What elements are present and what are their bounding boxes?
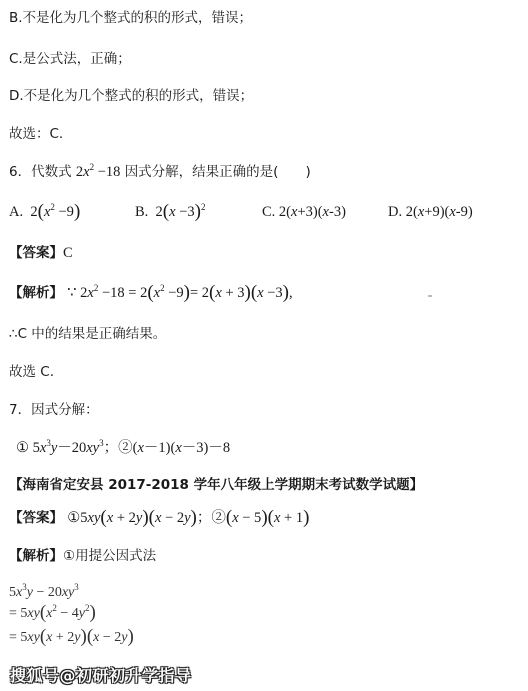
conclusion-text: 故选：C. bbox=[9, 126, 63, 142]
stray-mark bbox=[428, 295, 432, 297]
option-b: B. 2(x −3)2 bbox=[135, 202, 205, 222]
question-number: 7． bbox=[9, 402, 31, 418]
analysis-line-b: B.不是化为几个整式的积的形式，错误； bbox=[9, 8, 252, 28]
analysis-tag: 【解析】 bbox=[9, 285, 63, 301]
prev-conclusion: 故选：C. bbox=[9, 124, 63, 144]
option-c: C. 2(x+3)(x-3) bbox=[262, 202, 346, 222]
analysis-6: 【解析】 ∵ 2x2 −18 = 2(x2 −9)= 2(x + 3)(x −3… bbox=[9, 283, 293, 303]
analysis-text: B.不是化为几个整式的积的形式，错误； bbox=[9, 10, 252, 26]
stem-prefix: 代数式 bbox=[31, 164, 72, 180]
answer-expression: ①5xy(x + 2y)(x − 2y)；②(x − 5)(x + 1) bbox=[67, 510, 309, 526]
answer-value: C bbox=[63, 245, 73, 261]
therefore-text: ∴C 中的结果是正确结果。 bbox=[9, 326, 166, 342]
option-expression: 2(x+3)(x-3) bbox=[279, 204, 346, 220]
option-label: C. bbox=[262, 204, 275, 220]
question-6-stem: 6．代数式 2x2 −18 因式分解，结果正确的是( ) bbox=[9, 162, 311, 182]
analysis-tag: 【解析】 bbox=[9, 548, 63, 564]
question-7-source: 【海南省定安县 2017-2018 学年八年级上学期期末考试数学试题】 bbox=[9, 475, 423, 495]
answer-tag: 【答案】 bbox=[9, 510, 63, 526]
option-expression: 2(x+9)(x-9) bbox=[406, 204, 473, 220]
analysis-expression: ∵ 2x2 −18 = 2(x2 −9)= 2(x + 3)(x −3), bbox=[67, 285, 292, 301]
question-number: 6． bbox=[9, 164, 31, 180]
analysis-line-d: D.不是化为几个整式的积的形式，错误； bbox=[9, 86, 253, 106]
stem-expression: 2x2 −18 bbox=[76, 164, 121, 180]
source-text: 【海南省定安县 2017-2018 学年八年级上学期期末考试数学试题】 bbox=[9, 477, 423, 493]
answer-6: 【答案】C bbox=[9, 243, 73, 263]
analysis-line-c: C.是公式法，正确； bbox=[9, 49, 131, 69]
analysis-text: D.不是化为几个整式的积的形式，错误； bbox=[9, 88, 253, 104]
question-7-parts: ① 5x3y－20xy3；②(x－1)(x－3)－8 bbox=[16, 438, 230, 458]
analysis-text: C.是公式法，正确； bbox=[9, 51, 131, 67]
answer-tag: 【答案】 bbox=[9, 245, 63, 261]
analysis-method: ①用提公因式法 bbox=[63, 548, 156, 564]
option-expression: 2(x2 −9) bbox=[30, 204, 80, 220]
stem-text: 因式分解： bbox=[31, 402, 99, 418]
option-a: A. 2(x2 −9) bbox=[9, 202, 80, 222]
stem-suffix: 因式分解，结果正确的是( ) bbox=[125, 164, 311, 180]
derivation-step-1: 5x3y − 20xy3 bbox=[9, 584, 79, 602]
watermark: 搜狐号@初研初升学指导 bbox=[10, 663, 192, 686]
option-label: D. bbox=[388, 204, 402, 220]
derivation-step-2: = 5xy(x2 − 4y2) bbox=[9, 604, 96, 623]
conclusion-6: 故选 C. bbox=[9, 362, 54, 382]
derivation-step-3: = 5xy(x + 2y)(x − 2y) bbox=[9, 628, 134, 647]
option-label: B. bbox=[135, 204, 148, 220]
option-label: A. bbox=[9, 204, 23, 220]
parts-expression: ① 5x3y－20xy3；②(x－1)(x－3)－8 bbox=[16, 440, 230, 456]
conclusion-text: 故选 C. bbox=[9, 364, 54, 380]
question-7-stem: 7．因式分解： bbox=[9, 400, 99, 420]
option-d: D. 2(x+9)(x-9) bbox=[388, 202, 473, 222]
option-expression: 2(x −3)2 bbox=[156, 204, 206, 220]
answer-7: 【答案】 ①5xy(x + 2y)(x − 2y)；②(x − 5)(x + 1… bbox=[9, 508, 309, 528]
therefore-6: ∴C 中的结果是正确结果。 bbox=[9, 324, 166, 344]
analysis-7: 【解析】①用提公因式法 bbox=[9, 546, 156, 566]
